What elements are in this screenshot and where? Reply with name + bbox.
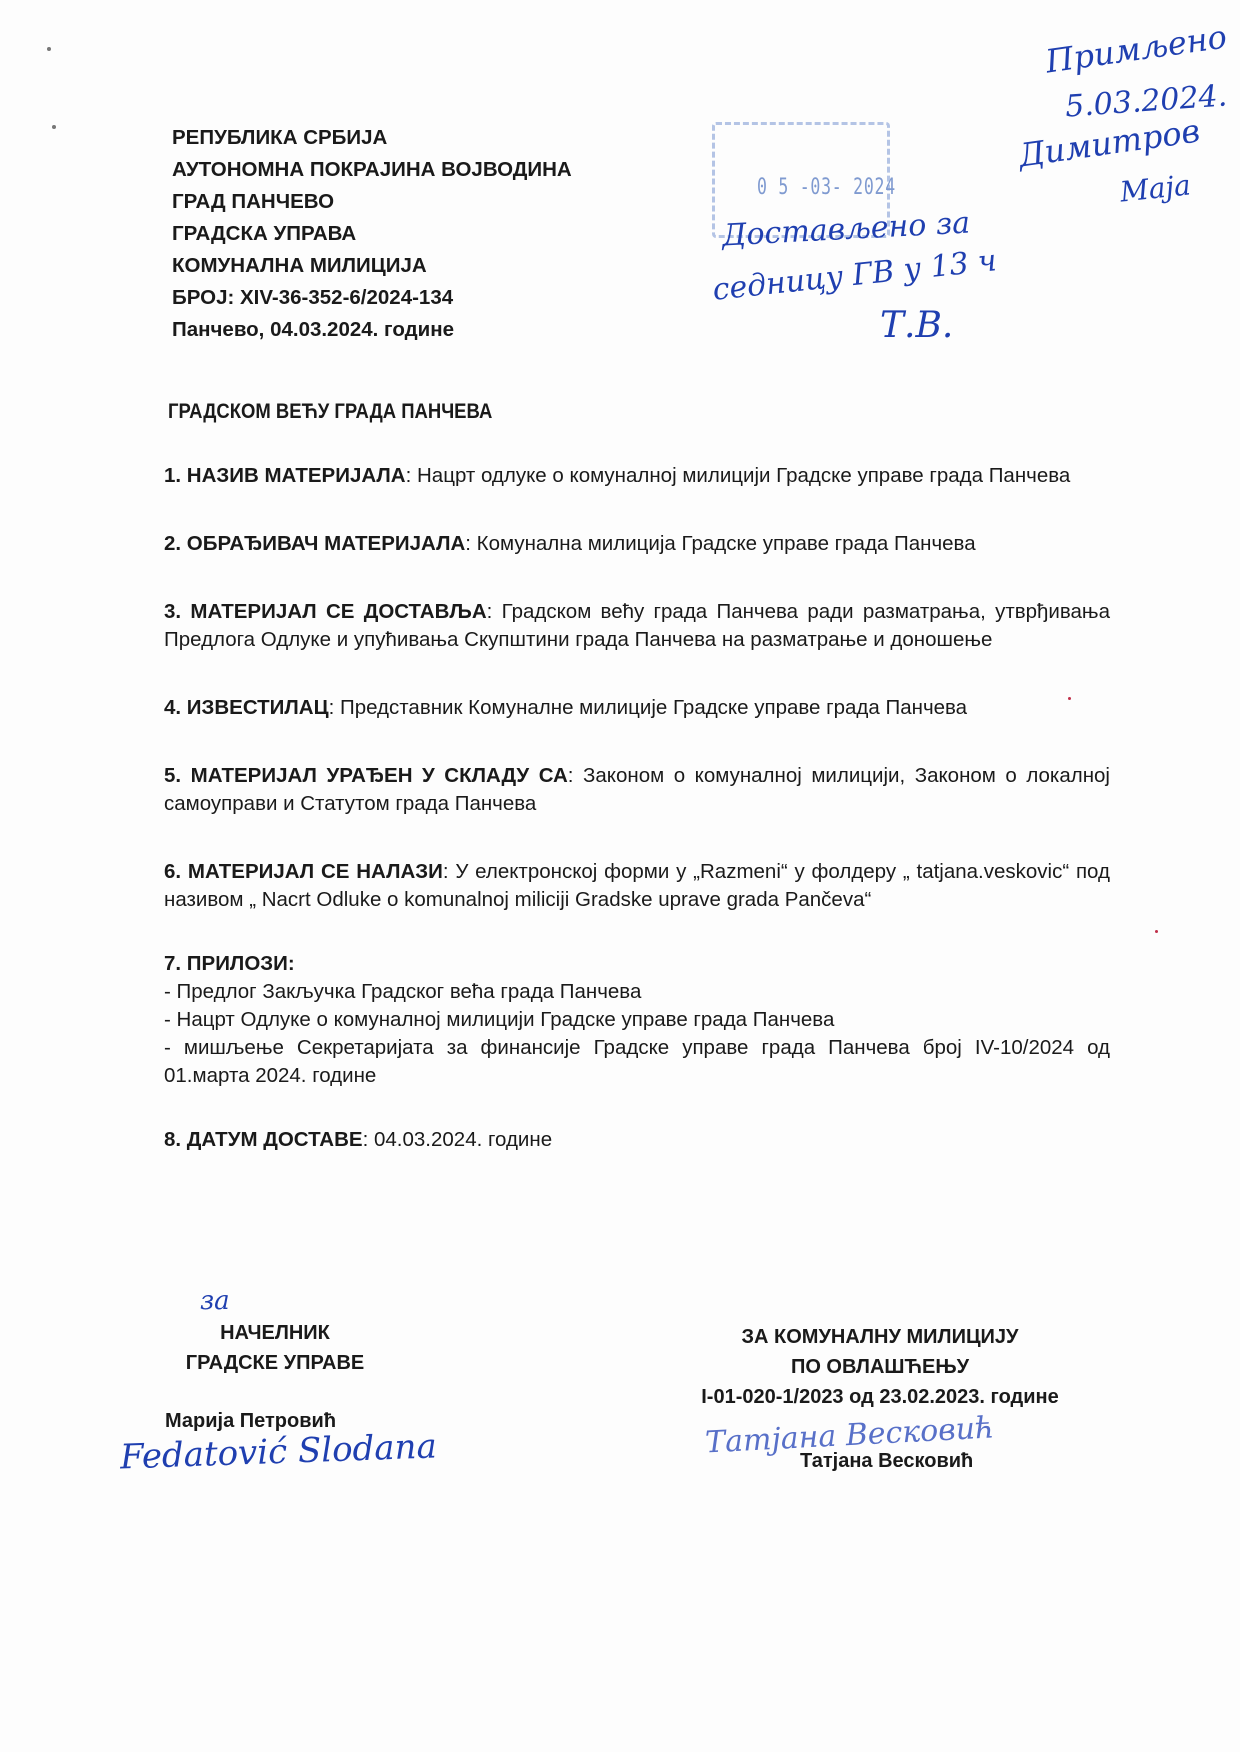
- item-text: 04.03.2024. године: [374, 1128, 552, 1151]
- signature-right-title: ЗА КОМУНАЛНУ МИЛИЦИЈУ: [680, 1322, 1080, 1352]
- item-label: 8. ДАТУМ ДОСТАВЕ: [164, 1128, 363, 1151]
- signature-left-title: ГРАДСКЕ УПРАВЕ: [160, 1348, 390, 1378]
- item-text: Комунална милиција Градске управе града …: [477, 532, 976, 555]
- item-prepared-by: 2. ОБРАЂИВАЧ МАТЕРИЈАЛА: Комунална милиц…: [164, 530, 1110, 558]
- item-colon: :: [465, 532, 476, 555]
- item-legal-basis: 5. МАТЕРИЈАЛ УРАЂЕН У СКЛАДУ СА: Законом…: [164, 762, 1110, 818]
- handwritten-signature-left: Fedatović Slodana: [119, 1426, 437, 1477]
- item-text: Нацрт одлуке о комуналној милицији Градс…: [417, 464, 1070, 487]
- item-label: 3. МАТЕРИЈАЛ СЕ ДОСТАВЉА: [164, 600, 487, 623]
- handwritten-on-behalf-prefix: за: [200, 1286, 230, 1316]
- item-rapporteur: 4. ИЗВЕСТИЛАЦ: Представник Комуналне мил…: [164, 694, 1110, 722]
- item-label: 6. МАТЕРИЈАЛ СЕ НАЛАЗИ: [164, 860, 443, 883]
- handwritten-received-label: Примљено: [1043, 17, 1229, 80]
- item-colon: :: [329, 696, 340, 719]
- item-attachments: 7. ПРИЛОЗИ: - Предлог Закључка Градског …: [164, 950, 1110, 1090]
- letterhead-administration: ГРАДСКА УПРАВА: [172, 218, 572, 250]
- item-text: Представник Комуналне милиције Градске у…: [340, 696, 967, 719]
- letterhead-reference-number: БРОЈ: XIV-36-352-6/2024-134: [172, 282, 572, 314]
- signature-block-right: ЗА КОМУНАЛНУ МИЛИЦИЈУ ПО ОВЛАШЋЕЊУ I-01-…: [680, 1322, 1080, 1412]
- signature-left-name: Марија Петровић: [165, 1410, 336, 1433]
- item-label: 7. ПРИЛОЗИ: [164, 952, 288, 975]
- stamp-date: 0 5 -03- 2024: [757, 175, 896, 200]
- signature-right-authorization: I-01-020-1/2023 од 23.02.2023. године: [680, 1382, 1080, 1412]
- item-label: 2. ОБРАЂИВАЧ МАТЕРИЈАЛА: [164, 532, 465, 555]
- item-submitted-to: 3. МАТЕРИЈАЛ СЕ ДОСТАВЉА: Градском већу …: [164, 598, 1110, 654]
- letterhead-place-date: Панчево, 04.03.2024. године: [172, 314, 572, 346]
- document-page: РЕПУБЛИКА СРБИЈА АУТОНОМНА ПОКРАЈИНА ВОЈ…: [0, 0, 1240, 1752]
- signature-left-title: НАЧЕЛНИК: [160, 1318, 390, 1348]
- scan-margin-mark: [47, 47, 51, 51]
- items-list: 1. НАЗИВ МАТЕРИЈАЛА: Нацрт одлуке о кому…: [164, 462, 1110, 1154]
- item-delivery-date: 8. ДАТУМ ДОСТАВЕ: 04.03.2024. године: [164, 1126, 1110, 1154]
- signature-right-name: Татјана Весковић: [800, 1450, 973, 1473]
- item-colon: :: [288, 952, 295, 975]
- item-material-name: 1. НАЗИВ МАТЕРИЈАЛА: Нацрт одлуке о кому…: [164, 462, 1110, 490]
- item-label: 1. НАЗИВ МАТЕРИЈАЛА: [164, 464, 406, 487]
- letterhead: РЕПУБЛИКА СРБИЈА АУТОНОМНА ПОКРАЈИНА ВОЈ…: [172, 122, 572, 346]
- scan-margin-mark: [52, 125, 56, 129]
- letterhead-city: ГРАД ПАНЧЕВО: [172, 186, 572, 218]
- item-colon: :: [568, 764, 583, 787]
- item-label: 4. ИЗВЕСТИЛАЦ: [164, 696, 329, 719]
- letterhead-province: АУТОНОМНА ПОКРАЈИНА ВОЈВОДИНА: [172, 154, 572, 186]
- item-colon: :: [363, 1128, 374, 1151]
- recipient: ГРАДСКОМ ВЕЋУ ГРАДА ПАНЧЕВА: [168, 400, 492, 424]
- item-colon: :: [406, 464, 417, 487]
- handwritten-stamp-note-2: седницу ГВ у 13 ч: [711, 243, 998, 308]
- item-colon: :: [487, 600, 502, 623]
- scan-red-dot: [1155, 930, 1158, 933]
- attachment-item: - мишљење Секретаријата за финансије Гра…: [164, 1034, 1110, 1090]
- signature-block-left: НАЧЕЛНИК ГРАДСКЕ УПРАВЕ: [160, 1318, 390, 1378]
- item-material-location: 6. МАТЕРИЈАЛ СЕ НАЛАЗИ: У електронској ф…: [164, 858, 1110, 914]
- signature-right-title: ПО ОВЛАШЋЕЊУ: [680, 1352, 1080, 1382]
- handwritten-stamp-initials: Т.В.: [880, 305, 953, 346]
- item-label: 5. МАТЕРИЈАЛ УРАЂЕН У СКЛАДУ СА: [164, 764, 568, 787]
- letterhead-country: РЕПУБЛИКА СРБИЈА: [172, 122, 572, 154]
- handwritten-received-name: Маја: [1118, 168, 1192, 208]
- item-colon: :: [443, 860, 455, 883]
- attachment-item: - Нацрт Одлуке о комуналној милицији Гра…: [164, 1006, 1110, 1034]
- letterhead-department: КОМУНАЛНА МИЛИЦИЈА: [172, 250, 572, 282]
- attachment-item: - Предлог Закључка Градског већа града П…: [164, 978, 1110, 1006]
